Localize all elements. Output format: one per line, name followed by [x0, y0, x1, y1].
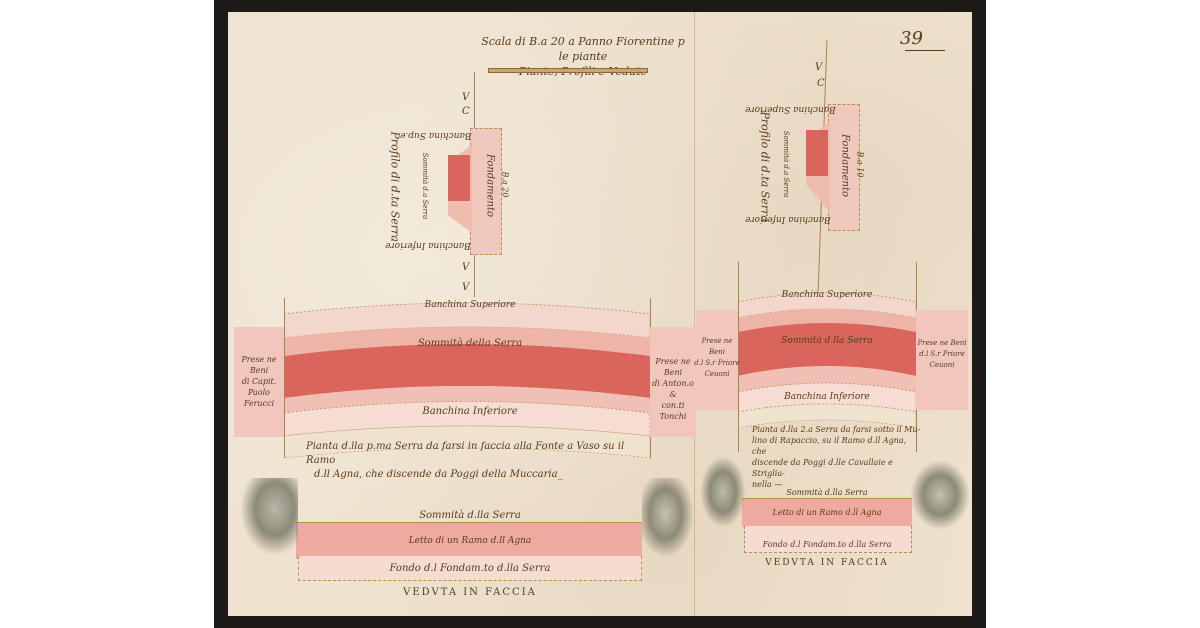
right-crest-band-label: Sommità d.lla Serra	[757, 336, 897, 346]
right-base-label: Fondo d.l Fondam.to d.lla Serra	[752, 540, 902, 549]
left-bottom-band-label: Banchina Inferiore	[380, 406, 560, 417]
left-view-label: VEDVTA IN FACCIA	[380, 587, 560, 598]
center-fold	[694, 12, 695, 616]
right-side-right-label: Prese ne Beni d.l S.r Priore Ceuoni	[916, 338, 968, 371]
right-plan-caption: Pianta d.lla 2.a Serra da farsi sotto il…	[752, 424, 922, 490]
left-profile-title: Profilo di d.ta Serra	[389, 132, 402, 242]
left-profile-bottom-label: Banchina Inferiore	[385, 240, 471, 250]
right-bottom-band-label: Banchina Inferiore	[757, 392, 897, 402]
caption-line: d.ll Agna, che discende da Poggi della M…	[306, 468, 656, 482]
left-top-band-label: Banchina Superiore	[380, 300, 560, 310]
side-label-line: d.l S.r Priore	[916, 349, 968, 360]
vc-mark: V	[462, 92, 469, 103]
left-rock-illustration	[240, 478, 298, 556]
page-number: 39	[900, 28, 923, 49]
caption-line: Pianta d.lla 2.a Serra da farsi sotto il…	[752, 424, 922, 435]
scale-bar	[488, 68, 648, 73]
vc-mark: V	[462, 262, 469, 273]
side-label-line: con.ti Tonchi	[648, 400, 698, 422]
right-profile-bottom-label: Banchina Inferiore	[745, 214, 831, 224]
left-side-right-label: Prese ne Beni di Anton.o & con.ti Tonchi	[648, 356, 698, 422]
side-label-line: Prese ne Beni	[648, 356, 698, 378]
left-foundation-dim: B.a 20	[501, 135, 510, 235]
vc-mark: C	[462, 106, 470, 117]
left-foundation-label: Fondamento	[485, 136, 496, 236]
left-crest	[448, 155, 470, 201]
left-crest-label: Sommità d.a Serra	[421, 136, 429, 236]
right-view-label: VEDVTA IN FACCIA	[757, 558, 897, 568]
caption-line: lino di Rapaccio, su il Ramo d.ll Agna, …	[752, 435, 922, 457]
side-label-line: Ceuoni	[916, 360, 968, 371]
caption-line: discende da Poggi d.lle Cavallaie e Stri…	[752, 457, 922, 479]
side-label-line: d.l S.r Priore	[694, 358, 740, 369]
vc-mark: V	[462, 282, 469, 293]
left-channel-label: Letto di un Ramo d.ll Agna	[380, 536, 560, 546]
right-profile-top-label: Banchina Superiore	[745, 104, 836, 114]
right-foundation-dim: B.a 10	[856, 115, 865, 215]
side-label-line: Ceuoni	[694, 369, 740, 380]
side-label-line: Prese ne Beni	[694, 336, 740, 358]
left-plan-bands	[284, 298, 650, 458]
side-label-line: Prese ne Beni	[916, 338, 968, 349]
side-label-line: di Anton.o &	[648, 378, 698, 400]
side-label-line: di Capit. Paolo	[232, 376, 286, 398]
right-profile-title: Profilo di d.ta Serra	[759, 112, 772, 222]
caption-line: Pianta d.lla p.ma Serra da farsi in facc…	[306, 440, 656, 468]
left-elev-crest-label: Sommità d.lla Serra	[380, 510, 560, 521]
left-side-left-label: Prese ne Beni di Capit. Paolo Ferucci	[232, 354, 286, 409]
left-base-label: Fondo d.l Fondam.to d.lla Serra	[360, 563, 580, 574]
left-profile-top-label: Banchina Sup.e	[400, 130, 471, 140]
left-crest-band-label: Sommità della Serra	[380, 338, 560, 349]
side-label-line: Prese ne Beni	[232, 354, 286, 376]
right-rock-illustration	[642, 478, 694, 558]
right-rock-illustration	[910, 460, 970, 530]
right-crest-label: Sommità d.a Serra	[782, 114, 790, 214]
right-side-left-label: Prese ne Beni d.l S.r Priore Ceuoni	[694, 336, 740, 380]
vc-mark: V	[815, 62, 822, 73]
right-channel-label: Letto di un Ramo d.ll Agna	[757, 508, 897, 517]
right-crest	[806, 130, 828, 176]
scale-title-line1: Scala di B.a 20 a Panno Fiorentine p le …	[478, 34, 688, 64]
left-rock-illustration	[700, 456, 746, 528]
side-label-line: Ferucci	[232, 398, 286, 409]
page-number-underline	[905, 50, 945, 51]
vc-mark: C	[817, 78, 825, 89]
left-plan-caption: Pianta d.lla p.ma Serra da farsi in facc…	[306, 440, 656, 482]
right-plan-bands	[738, 288, 916, 428]
right-foundation-label: Fondamento	[840, 116, 851, 216]
right-elev-crest-label: Sommità d.lla Serra	[767, 488, 887, 497]
right-top-band-label: Banchina Superiore	[757, 290, 897, 300]
